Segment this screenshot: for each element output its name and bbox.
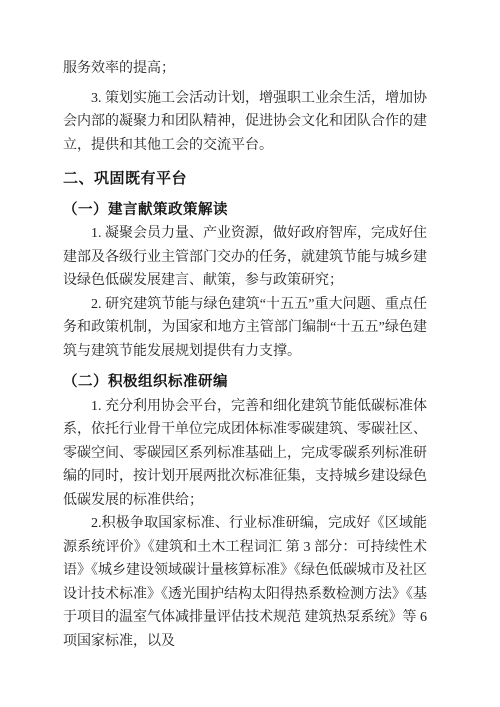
subsection-heading-2: （二）积极组织标准研编 (63, 371, 427, 395)
section-heading-2: 二、巩固既有平台 (63, 167, 427, 191)
paragraph-item-1b: 1. 充分利用协会平台，完善和细化建筑节能低碳标准体系，依托行业骨干单位完成团体… (63, 395, 427, 513)
subsection-heading-1: （一）建言献策政策解读 (63, 199, 427, 223)
paragraph-continuation: 服务效率的提高； (63, 57, 427, 81)
paragraph-item-3: 3. 策划实施工会活动计划，增强职工业余生活，增加协会内部的凝聚力和团队精神，促… (63, 87, 427, 158)
paragraph-item-1: 1. 凝聚会员力量、产业资源，做好政府智库，完成好住建部及各级行业主管部门交办的… (63, 222, 427, 293)
paragraph-item-2b: 2.积极争取国家标准、行业标准研编，完成好《区域能源系统评价》《建筑和土木工程词… (63, 512, 427, 653)
paragraph-item-2: 2. 研究建筑节能与绿色建筑“十五五”重大问题、重点任务和政策机制，为国家和地方… (63, 293, 427, 364)
document-page: 服务效率的提高； 3. 策划实施工会活动计划，增强职工业余生活，增加协会内部的凝… (0, 0, 500, 707)
